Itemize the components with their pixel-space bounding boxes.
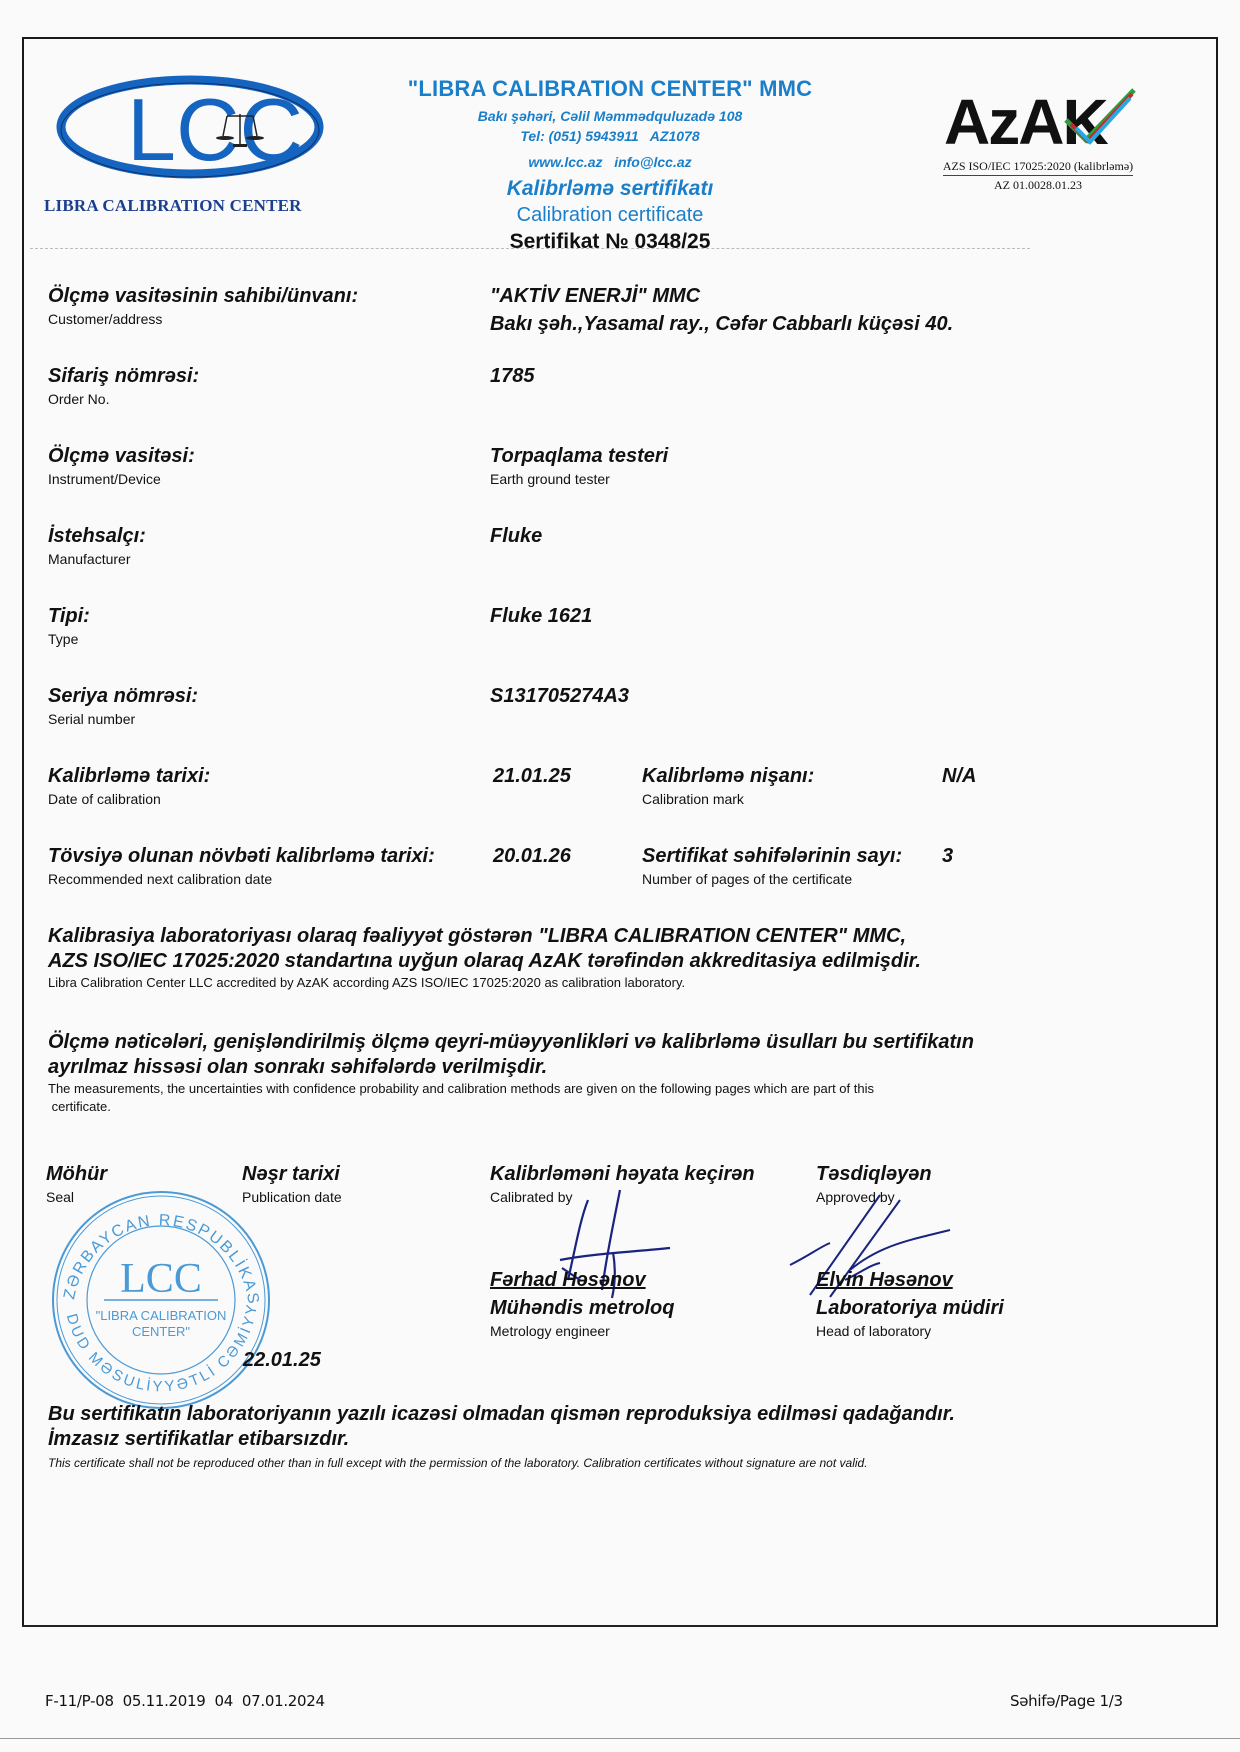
field-customer-value: "AKTİV ENERJİ" MMC Bakı şəh.,Yasamal ray… <box>490 284 953 336</box>
page-count: 3 <box>942 844 953 868</box>
company-name: "LIBRA CALIBRATION CENTER" MMC <box>340 76 880 102</box>
certificate-number: Sertifikat № 0348/25 <box>340 230 880 254</box>
results-az-line1: Ölçmə nəticələri, genişləndirilmiş ölçmə… <box>48 1030 1188 1055</box>
approver-name: Elvin Həsənov <box>816 1268 1004 1292</box>
page-indicator: Səhifə/Page 1/3 <box>1010 1692 1123 1710</box>
footer-rule <box>0 1738 1240 1739</box>
label-az: İstehsalçı: <box>48 524 146 548</box>
lcc-logo: LCC <box>55 72 325 182</box>
label-en: Instrument/Device <box>48 470 195 488</box>
label-en: Customer/address <box>48 310 358 328</box>
label-az: Kalibrləmə tarixi: <box>48 764 210 788</box>
instrument-type: Fluke 1621 <box>490 604 592 628</box>
field-instrument-label: Ölçmə vasitəsi: Instrument/Device <box>48 444 195 488</box>
statement-az-line2: AZS ISO/IEC 17025:2020 standartına uyğun… <box>48 949 1188 974</box>
label-az: Ölçmə vasitəsinin sahibi/ünvanı: <box>48 284 358 308</box>
results-en-line2: certificate. <box>48 1098 1188 1116</box>
serial-number: S131705274A3 <box>490 684 629 708</box>
label-az: Kalibrləmə nişanı: <box>642 764 814 788</box>
seal-stamp: AZƏRBAYCAN RESPUBLİKASI MƏHDUD MƏSULİYYƏ… <box>46 1180 276 1410</box>
results-az-line2: ayrılmaz hissəsi olan sonrakı səhifələrd… <box>48 1055 1188 1080</box>
approver-role-en: Head of laboratory <box>816 1322 1004 1340</box>
label-az: Tipi: <box>48 604 90 628</box>
instrument-name-en: Earth ground tester <box>490 470 668 488</box>
certificate-title-en: Calibration certificate <box>340 204 880 227</box>
manufacturer: Fluke <box>490 524 542 548</box>
field-type-label: Tipi: Type <box>48 604 90 648</box>
certificate-title-az: Kalibrləmə sertifikatı <box>340 177 880 201</box>
field-next-calibration-label: Tövsiyə olunan növbəti kalibrləmə tarixi… <box>48 844 435 888</box>
company-web[interactable]: www.lcc.az info@lcc.az <box>340 154 880 170</box>
calibrator-block: Fərhad Həsənov Mühəndis metroloq Metrolo… <box>490 1268 674 1340</box>
accreditation-block: AzAK AZS ISO/IEC 17025:2020 (kalibrləmə)… <box>918 82 1158 193</box>
label-en: Serial number <box>48 710 198 728</box>
calibration-date: 21.01.25 <box>493 764 571 788</box>
field-customer-label: Ölçmə vasitəsinin sahibi/ünvanı: Custome… <box>48 284 358 328</box>
statement-en: Libra Calibration Center LLC accredited … <box>48 974 1188 992</box>
logo-caption: LIBRA CALIBRATION CENTER <box>44 196 302 216</box>
azak-logo: AzAK <box>938 82 1138 152</box>
notice-en: This certificate shall not be reproduced… <box>48 1454 1188 1472</box>
next-calibration-date: 20.01.26 <box>493 844 571 868</box>
accreditation-standard: AZS ISO/IEC 17025:2020 (kalibrləmə) <box>943 159 1133 176</box>
svg-text:AzAK: AzAK <box>944 86 1108 152</box>
company-phone: Tel: (051) 5943911 AZ1078 <box>340 126 880 146</box>
label-az: Ölçmə vasitəsi: <box>48 444 195 468</box>
svg-text:LCC: LCC <box>127 80 303 179</box>
notice-az-line1: Bu sertifikatın laboratoriyanın yazılı i… <box>48 1402 1188 1427</box>
svg-text:LCC: LCC <box>120 1256 202 1302</box>
label-en: Type <box>48 630 90 648</box>
field-instrument-value: Torpaqlama testeri Earth ground tester <box>490 444 668 488</box>
svg-text:"LIBRA CALIBRATION: "LIBRA CALIBRATION <box>96 1308 227 1323</box>
svg-text:CENTER": CENTER" <box>132 1324 190 1339</box>
results-en-line1: The measurements, the uncertainties with… <box>48 1080 1188 1098</box>
field-page-count-label: Sertifikat səhifələrinin sayı: Number of… <box>642 844 902 888</box>
header-divider <box>30 248 1030 249</box>
publication-date: 22.01.25 <box>243 1348 321 1372</box>
reproduction-notice: Bu sertifikatın laboratoriyanın yazılı i… <box>48 1402 1188 1472</box>
bottom-rule <box>22 1625 1218 1627</box>
label-az: Seriya nömrəsi: <box>48 684 198 708</box>
calibrator-role-en: Metrology engineer <box>490 1322 674 1340</box>
label-en: Recommended next calibration date <box>48 870 435 888</box>
field-order-label: Sifariş nömrəsi: Order No. <box>48 364 199 408</box>
label-en: Number of pages of the certificate <box>642 870 902 888</box>
order-number: 1785 <box>490 364 535 388</box>
label-az: Sertifikat səhifələrinin sayı: <box>642 844 902 868</box>
form-code: F-11/P-08 05.11.2019 04 07.01.2024 <box>45 1692 325 1710</box>
field-calibration-mark-label: Kalibrləmə nişanı: Calibration mark <box>642 764 814 808</box>
calibrator-role-az: Mühəndis metroloq <box>490 1296 674 1320</box>
company-address: Bakı şəhəri, Cəlil Məmmədquluzadə 108 <box>340 106 880 126</box>
label-en: Date of calibration <box>48 790 210 808</box>
field-manufacturer-label: İstehsalçı: Manufacturer <box>48 524 146 568</box>
field-serial-label: Seriya nömrəsi: Serial number <box>48 684 198 728</box>
statement-az-line1: Kalibrasiya laboratoriyası olaraq fəaliy… <box>48 924 1188 949</box>
header-block: "LIBRA CALIBRATION CENTER" MMC Bakı şəhə… <box>340 76 880 254</box>
notice-az-line2: İmzasız sertifikatlar etibarsızdır. <box>48 1427 1188 1452</box>
accreditation-number: AZ 01.0028.01.23 <box>918 178 1158 193</box>
label-az: Sifariş nömrəsi: <box>48 364 199 388</box>
label-en: Manufacturer <box>48 550 146 568</box>
customer-name: "AKTİV ENERJİ" MMC <box>490 284 953 308</box>
accreditation-statement: Kalibrasiya laboratoriyası olaraq fəaliy… <box>48 924 1188 992</box>
results-statement: Ölçmə nəticələri, genişləndirilmiş ölçmə… <box>48 1030 1188 1116</box>
approver-block: Elvin Həsənov Laboratoriya müdiri Head o… <box>816 1268 1004 1340</box>
label-az: Tövsiyə olunan növbəti kalibrləmə tarixi… <box>48 844 435 868</box>
label-en: Calibration mark <box>642 790 814 808</box>
label-en: Order No. <box>48 390 199 408</box>
instrument-name: Torpaqlama testeri <box>490 444 668 468</box>
calibrator-name: Fərhad Həsənov <box>490 1268 674 1292</box>
approver-role-az: Laboratoriya müdiri <box>816 1296 1004 1320</box>
field-calibration-date-label: Kalibrləmə tarixi: Date of calibration <box>48 764 210 808</box>
calibration-mark: N/A <box>942 764 976 788</box>
label-az: Təsdiqləyən <box>816 1162 932 1186</box>
customer-address: Bakı şəh.,Yasamal ray., Cəfər Cabbarlı k… <box>490 312 953 336</box>
